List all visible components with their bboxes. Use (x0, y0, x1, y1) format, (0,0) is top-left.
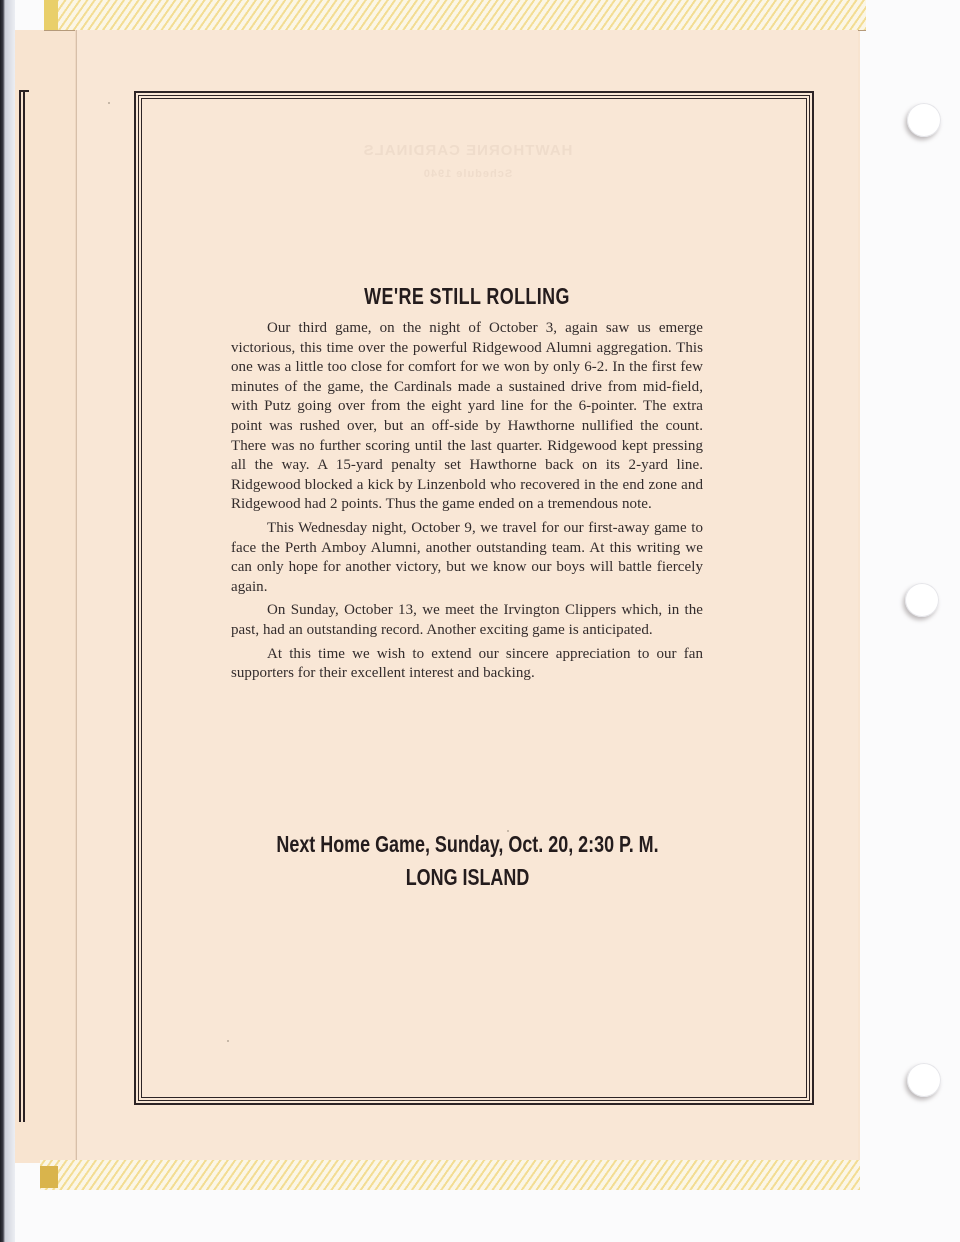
back-page-frame (19, 90, 29, 1122)
paragraph-appreciation: At this time we wish to extend our since… (231, 645, 703, 684)
scanner-edge-strip (5, 0, 15, 1242)
next-game-opponent: LONG ISLAND (163, 861, 772, 894)
next-game-date: Next Home Game, Sunday, Oct. 20, 2:30 P.… (163, 828, 772, 861)
next-game-announcement: Next Home Game, Sunday, Oct. 20, 2:30 P.… (77, 828, 858, 894)
tape-end (40, 1166, 58, 1188)
article-headline: WE'RE STILL ROLLING (283, 283, 651, 310)
binder-hole (907, 103, 941, 137)
paper-speck (507, 830, 509, 832)
article: WE'RE STILL ROLLING Our third game, on t… (231, 283, 703, 688)
binder-hole (907, 1063, 941, 1097)
binder-hole (905, 583, 939, 617)
bottom-tape (40, 1160, 860, 1190)
paragraph-game-recap: Our third game, on the night of October … (231, 319, 703, 515)
paper-speck (108, 102, 110, 104)
tape-end (44, 0, 58, 30)
document-page: HAWTHORNE CARDINALS Schedule 1940 WE'RE … (76, 30, 858, 1170)
top-tape (44, 0, 866, 31)
paper-speck (227, 1040, 229, 1042)
paragraph-next-opponent: On Sunday, October 13, we meet the Irvin… (231, 601, 703, 640)
paragraph-away-game: This Wednesday night, October 9, we trav… (231, 519, 703, 597)
